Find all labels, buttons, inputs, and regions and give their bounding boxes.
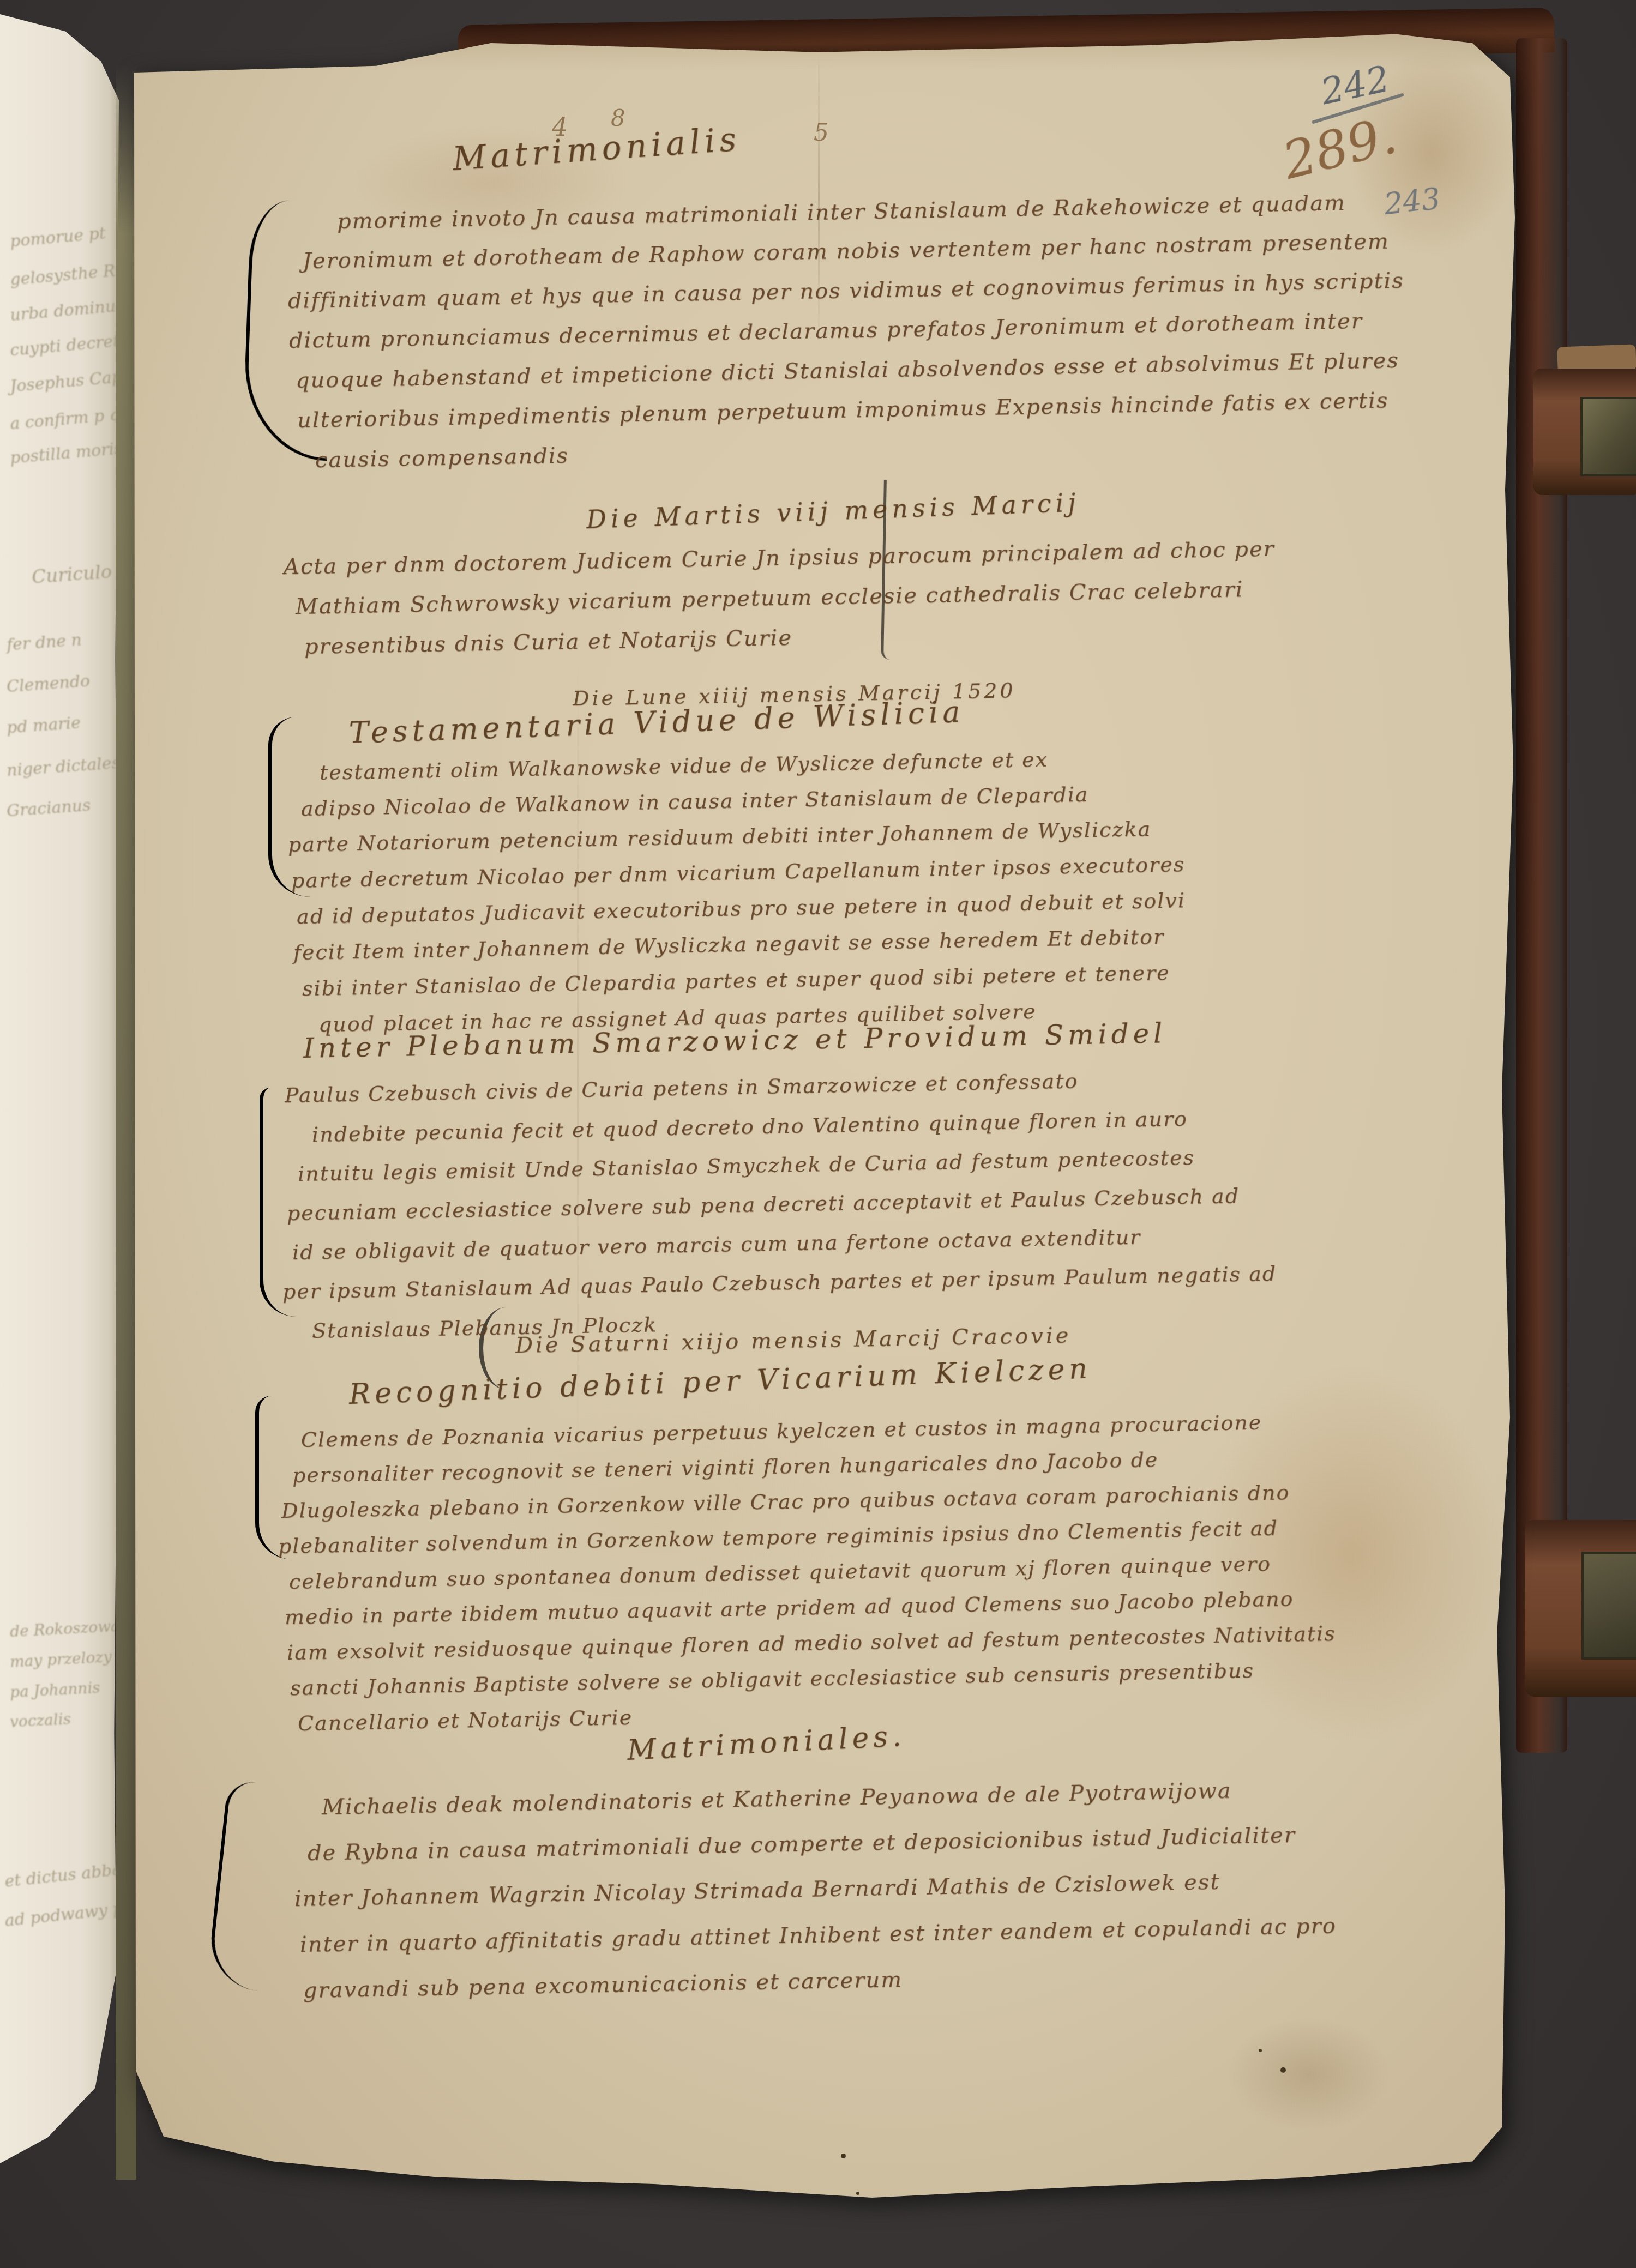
manuscript-text-line: id se obligavit de quatuor vero marcis c… <box>292 1226 1141 1263</box>
manuscript-text-line: pmorime invoto Jn causa matrimoniali int… <box>337 192 1346 232</box>
manuscript-text-line: diffinitivam quam et hys que in causa pe… <box>288 269 1404 312</box>
pen-flourish <box>206 1780 280 1991</box>
folio-number-pencil-new: 243 <box>1382 182 1442 221</box>
manuscript-text-line: Paulus Czebusch civis de Curia petens in… <box>285 1070 1079 1106</box>
section-heading: Testamentaria Vidue de Wislicia <box>348 697 965 748</box>
manuscript-text-line: de Rybna in causa matrimoniali due compe… <box>308 1824 1296 1864</box>
manuscript-text-line: causis compensandis <box>315 444 569 471</box>
manuscript-text-line: personaliter recognovit se teneri vigint… <box>292 1449 1159 1486</box>
manuscript-text-line: celebrandum suo spontanea donum dedisset… <box>289 1553 1272 1592</box>
top-mark-numeral: 8 <box>611 105 625 131</box>
manuscript-text-line: fecit Item inter Johannem de Wysliczka n… <box>293 926 1165 963</box>
manuscript-text-line: quoque habenstand et impeticione dicti S… <box>296 349 1400 391</box>
ink-fleck <box>1280 2067 1286 2073</box>
folio-number-ink: 289. <box>1277 106 1402 191</box>
section-heading: Recognitio debiti per Vicarium Kielczen <box>348 1354 1092 1409</box>
manuscript-text-line: iam exsolvit residuosque quinque floren … <box>287 1623 1336 1663</box>
photograph-of-manuscript: { "folio": { "old_pencil": "242", "ink":… <box>0 0 1636 2268</box>
parchment-stain <box>1227 2017 1391 2132</box>
manuscript-text-line: ulterioribus impedimentis plenum perpetu… <box>297 389 1389 431</box>
manuscript-text-line: pecuniam ecclesiastice solvere sub pena … <box>287 1185 1240 1223</box>
manuscript-text-line: Jeronimum et dorotheam de Raphow coram n… <box>303 230 1390 272</box>
manuscript-text-line: medio in parte ibidem mutuo aquavit arte… <box>285 1588 1294 1627</box>
manuscript-text-line: inter in quarto affinitatis gradu attine… <box>300 1915 1337 1956</box>
ink-fleck <box>856 2192 859 2195</box>
manuscript-text-line: sancti Johannis Baptiste solvere se obli… <box>290 1660 1255 1698</box>
manuscript-text-line: Dlugoleszka plebano in Gorzenkow ville C… <box>281 1482 1290 1521</box>
section-heading: Matrimoniales. <box>627 1722 906 1765</box>
manuscript-text-line: Acta per dnm doctorem Judicem Curie Jn i… <box>284 538 1275 578</box>
manuscript-text-line: sibi inter Stanislao de Clepardia partes… <box>302 962 1170 999</box>
manuscript-text-line: inter Johannem Wagrzin Nicolay Strimada … <box>294 1871 1220 1910</box>
ink-fleck <box>841 2154 846 2158</box>
manuscript-text-line: indebite pecunia fecit et quod decreto d… <box>312 1108 1188 1145</box>
manuscript-page-wrap: 242 289. 243 4 8 5 Matrimonialispmorime … <box>0 0 1636 2268</box>
manuscript-text-line: presentibus dnis Curia et Notarijs Curie <box>304 627 793 658</box>
manuscript-text-line: Clemens de Poznania vicarius perpetuus k… <box>301 1412 1262 1450</box>
manuscript-text-line: ad id deputatos Judicavit executoribus p… <box>297 890 1186 927</box>
manuscript-text-line: Michaelis deak molendinatoris et Katheri… <box>322 1780 1232 1818</box>
manuscript-text-line: dictum pronunciamus decernimus et declar… <box>289 310 1363 352</box>
folio-number-pencil-crossed: 242 <box>1317 58 1393 113</box>
manuscript-text-line: testamenti olim Walkanowske vidue de Wys… <box>320 749 1049 783</box>
manuscript-text-line: adipso Nicolao de Walkanow in causa inte… <box>301 784 1089 819</box>
manuscript-text-line: plebanaliter solvendum in Gorzenkow temp… <box>278 1517 1278 1557</box>
manuscript-text-line: Mathiam Schwrowsky vicarium perpetuum ec… <box>296 578 1244 618</box>
manuscript-text-line: parte decretum Nicolao per dnm vicarium … <box>291 854 1186 891</box>
manuscript-text-line: intuitu legis emisit Unde Stanislao Smyc… <box>298 1147 1195 1184</box>
ink-fleck <box>1259 2049 1262 2052</box>
manuscript-text-line: Cancellario et Notarijs Curie <box>298 1707 633 1734</box>
section-heading: Die Martis viij mensis Marcij <box>586 490 1080 532</box>
top-mark-numeral: 5 <box>814 119 829 147</box>
manuscript-text-line: gravandi sub pena excomunicacionis et ca… <box>303 1969 903 2001</box>
manuscript-page: 242 289. 243 4 8 5 Matrimonialispmorime … <box>0 0 1636 2268</box>
section-heading: Matrimonialis <box>452 123 742 176</box>
manuscript-text-line: parte Notariorum petencium residuum debi… <box>288 818 1152 855</box>
manuscript-text-line: per ipsum Stanislaum Ad quas Paulo Czebu… <box>282 1263 1277 1302</box>
